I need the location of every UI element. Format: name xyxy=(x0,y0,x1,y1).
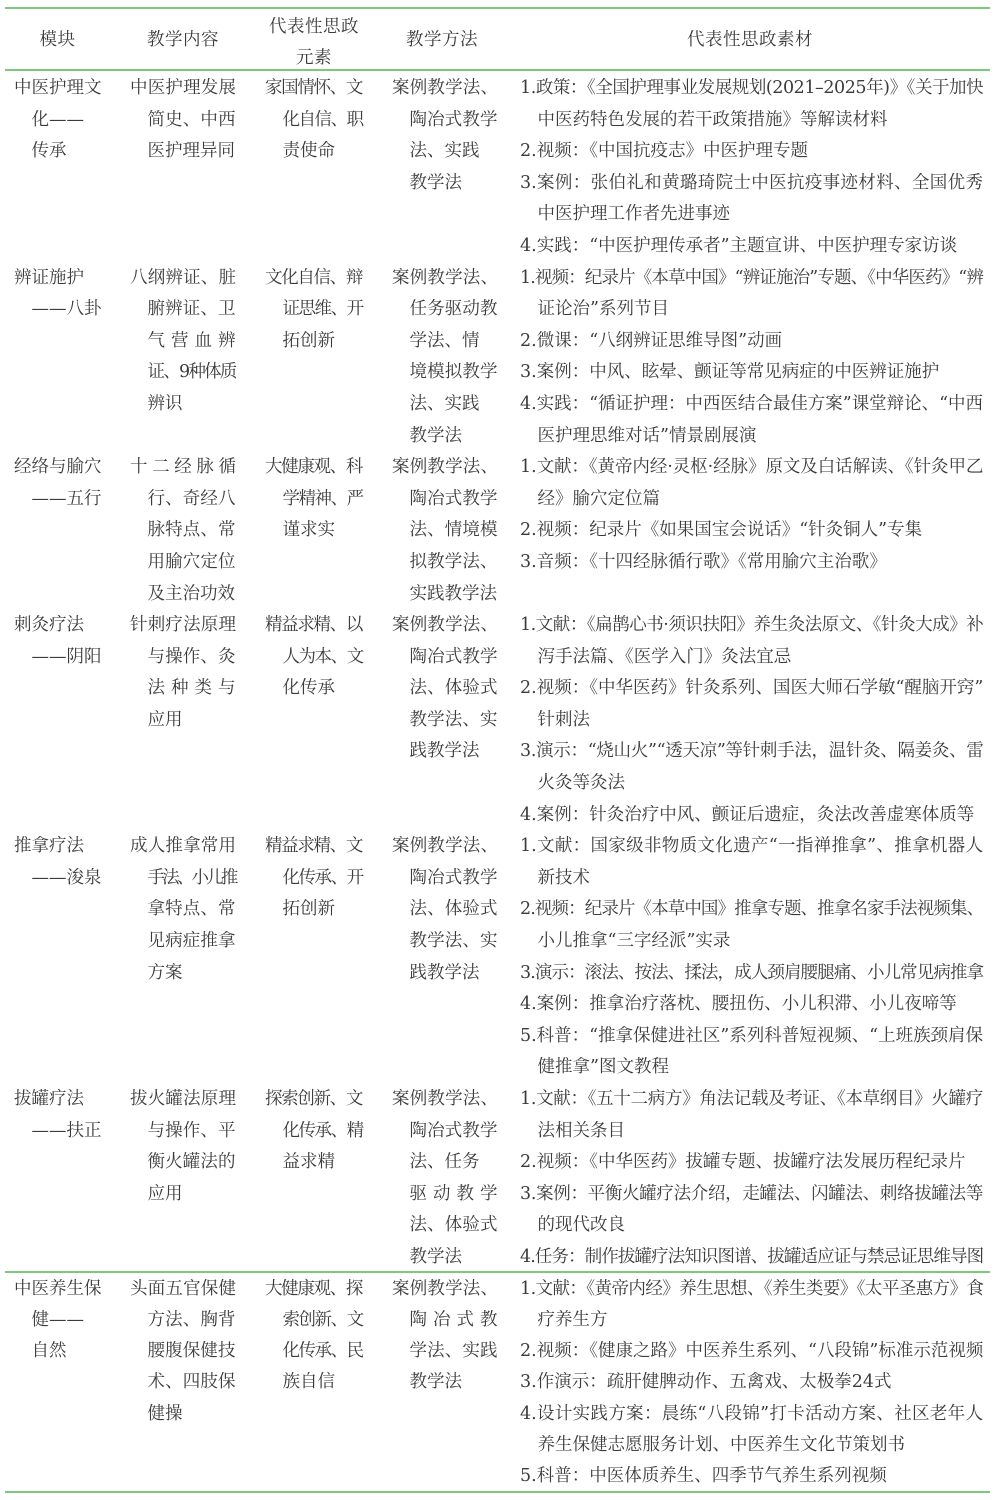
material-item: 1.文献：《黄帝内经·灵枢·经脉》原文及白话解读、《针灸甲乙 经》腧穴定位篇 xyxy=(520,452,990,515)
material-line: 中医药特色发展的若干政策措施》等解读材料 xyxy=(538,105,983,137)
materials-cell: 1.文献：《扁鹊心书·须识扶阳》养生灸法原文、《针灸大成》补 泻手法篇、《医学入… xyxy=(520,610,990,831)
methods-line: 案例教学法、 xyxy=(392,610,498,642)
content-cell: 头面五官保健 方法、胸背 腰腹保健技 术、四肢保 健操 xyxy=(130,1274,265,1492)
elements-line: 精益求精、文 xyxy=(265,831,362,863)
elements-line: 大健康观、探 xyxy=(265,1274,362,1305)
elements-line: 谨求实 xyxy=(283,515,363,547)
material-line: 3.案例：中风、眩晕、颤证等常见病症的中医辨证施护 xyxy=(520,357,983,389)
material-item: 1.文献：国家级非物质文化遗产“一指禅推拿”、推拿机器人 新技术 xyxy=(520,831,990,894)
content-line: 简史、中西 xyxy=(148,105,236,137)
material-line: 针刺法 xyxy=(538,705,983,737)
methods-line: 教学法、实 xyxy=(410,926,498,958)
module-line: 化—— xyxy=(32,105,102,137)
methods-cell: 案例教学法、 陶冶式教学 法、体验式 教学法、实 践教学法 xyxy=(392,831,520,1084)
content-line: 十二经脉循 xyxy=(130,452,236,484)
elements-line: 文化自信、辩 xyxy=(265,263,362,295)
header-methods-label: 教学方法 xyxy=(406,25,478,56)
elements-line: 家国情怀、文 xyxy=(265,73,362,105)
elements-line: 索创新、文 xyxy=(283,1305,363,1336)
elements-line: 证思维、开 xyxy=(283,294,363,326)
content-line: 成人推拿常用 xyxy=(130,831,236,863)
elements-cell: 大健康观、科 学精神、严 谨求实 xyxy=(265,452,392,610)
table-bottom-rule xyxy=(5,1491,990,1493)
module-cell: 中医护理文 化—— 传承 xyxy=(14,73,130,263)
material-item: 1.文献：《扁鹊心书·须识扶阳》养生灸法原文、《针灸大成》补 泻手法篇、《医学入… xyxy=(520,610,990,673)
content-line: 与操作、平 xyxy=(148,1116,236,1148)
material-item: 2.视频：纪录片《如果国宝会说话》“针灸铜人”专集 xyxy=(520,515,990,547)
content-line: 应用 xyxy=(148,705,236,737)
content-line: 腰腹保健技 xyxy=(148,1336,236,1367)
material-line: 中医护理工作者先进事迹 xyxy=(538,199,983,231)
material-line: 4.设计实践方案：晨练“八段锦”打卡活动方案、社区老年人 xyxy=(520,1399,983,1430)
material-item: 1.政策：《全国护理事业发展规划(2021–2025年)》《关于加快 中医药特色… xyxy=(520,73,990,136)
elements-line: 化传承 xyxy=(283,673,363,705)
methods-line: 学法、实践 xyxy=(410,1336,498,1367)
methods-line: 案例教学法、 xyxy=(392,452,498,484)
material-item: 4.案例：针灸治疗中风、颤证后遗症，灸法改善虚寒体质等 xyxy=(520,800,990,832)
methods-line: 法、体验式 xyxy=(410,894,498,926)
material-line: 3.作演示：疏肝健脾动作、五禽戏、太极拳24式 xyxy=(520,1367,983,1398)
methods-line: 案例教学法、 xyxy=(392,263,498,295)
material-line: 4.实践：“中医护理传承者”主题宣讲、中医护理专家访谈 xyxy=(520,231,983,263)
module-line: ——扶正 xyxy=(32,1116,102,1148)
content-line: 行、奇经八 xyxy=(148,484,236,516)
material-item: 4.任务：制作拔罐疗法知识图谱、拔罐适应证与禁忌证思维导图 xyxy=(520,1242,990,1274)
material-item: 3.案例：平衡火罐疗法介绍，走罐法、闪罐法、刺络拔罐法等 的现代改良 xyxy=(520,1179,990,1242)
materials-cell: 1.文献：《五十二病方》角法记载及考证、《本草纲目》火罐疗 法相关条目 2.视频… xyxy=(520,1084,990,1274)
methods-cell: 案例教学法、 陶冶式教 学法、实践 教学法 xyxy=(392,1274,520,1492)
materials-cell: 1.文献：《黄帝内经》养生思想、《养生类要》《太平圣惠方》食 疗养生方 2.视频… xyxy=(520,1274,990,1492)
methods-line: 案例教学法、 xyxy=(392,1084,498,1116)
table-row: 刺灸疗法 ——阴阳 针刺疗法原理 与操作、灸 法种类与 应用 精益求精、以 人为… xyxy=(0,610,1000,831)
content-line: 应用 xyxy=(148,1179,236,1211)
content-line: 头面五官保健 xyxy=(130,1274,236,1305)
content-line: 拿特点、常 xyxy=(148,894,236,926)
header-methods: 教学方法 xyxy=(390,9,494,71)
module-cell: 辨证施护 ——八卦 xyxy=(14,263,130,453)
material-line: 2.视频：纪录片《如果国宝会说话》“针灸铜人”专集 xyxy=(520,515,983,547)
content-cell: 针刺疗法原理 与操作、灸 法种类与 应用 xyxy=(130,610,265,831)
methods-line: 案例教学法、 xyxy=(392,1274,498,1305)
material-item: 3.音频：《十四经脉循行歌》《常用腧穴主治歌》 xyxy=(520,547,990,579)
material-item: 5.科普：“推拿保健进社区”系列科普短视频、“上班族颈肩保 健推拿”图文教程 xyxy=(520,1021,990,1084)
materials-cell: 1.文献：国家级非物质文化遗产“一指禅推拿”、推拿机器人 新技术 2.视频：纪录… xyxy=(520,831,990,1084)
methods-line: 陶冶式教学 xyxy=(410,863,498,895)
methods-line: 驱动教学 xyxy=(410,1179,498,1211)
methods-line: 案例教学法、 xyxy=(392,831,498,863)
elements-cell: 文化自信、辩 证思维、开 拓创新 xyxy=(265,263,392,453)
methods-line: 陶冶式教学 xyxy=(410,1116,498,1148)
module-line: 中医养生保 xyxy=(14,1274,102,1305)
module-line: 推拿疗法 xyxy=(14,831,102,863)
material-line: 2.视频：纪录片《本草中国》推拿专题、推拿名家手法视频集、 xyxy=(520,894,983,926)
material-line: 3.案例：张伯礼和黄璐琦院士中医抗疫事迹材料、全国优秀 xyxy=(520,168,983,200)
methods-line: 教学法 xyxy=(410,1367,498,1398)
table-row: 中医护理文 化—— 传承 中医护理发展 简史、中西 医护理异同 家国情怀、文 化… xyxy=(0,73,1000,263)
header-elements-line: 代表性思政 xyxy=(269,12,359,43)
material-line: 法相关条目 xyxy=(538,1116,983,1148)
methods-line: 教学法 xyxy=(410,421,498,453)
material-item: 3.案例：张伯礼和黄璐琦院士中医抗疫事迹材料、全国优秀 中医护理工作者先进事迹 xyxy=(520,168,990,231)
material-line: 4.案例：针灸治疗中风、颤证后遗症，灸法改善虚寒体质等 xyxy=(520,800,983,832)
methods-line: 陶冶式教学 xyxy=(410,642,498,674)
module-line: 健—— xyxy=(32,1305,102,1336)
header-module: 模块 xyxy=(5,9,110,71)
table-body: 中医护理文 化—— 传承 中医护理发展 简史、中西 医护理异同 家国情怀、文 化… xyxy=(0,73,1000,1274)
material-item: 2.微课：“八纲辨证思维导图”动画 xyxy=(520,326,990,358)
elements-line: 精益求精、以 xyxy=(265,610,362,642)
elements-line: 探索创新、文 xyxy=(265,1084,362,1116)
elements-cell: 探索创新、文 化传承、精 益求精 xyxy=(265,1084,392,1274)
material-line: 证论治”系列节目 xyxy=(538,294,983,326)
methods-line: 法、实践 xyxy=(410,389,498,421)
material-line: 4.实践：“循证护理：中西医结合最佳方案”课堂辩论、“中西 xyxy=(520,389,983,421)
content-line: 术、四肢保 xyxy=(148,1367,236,1398)
material-line: 3.演示：“烧山火”“透天凉”等针刺手法，温针灸、隔姜灸、雷 xyxy=(520,736,983,768)
methods-line: 实践教学法 xyxy=(410,579,498,611)
content-line: 脉特点、常 xyxy=(148,515,236,547)
material-line: 1.文献：《黄帝内经·灵枢·经脉》原文及白话解读、《针灸甲乙 xyxy=(520,452,983,484)
module-line: 经络与腧穴 xyxy=(14,452,102,484)
content-line: 中医护理发展 xyxy=(130,73,236,105)
header-content: 教学内容 xyxy=(130,9,236,71)
material-line: 2.视频：《中华医药》针灸系列、国医大师石学敏“醒脑开窍” xyxy=(520,673,983,705)
material-line: 泻手法篇、《医学入门》灸法宜忌 xyxy=(538,642,983,674)
material-line: 4.案例：推拿治疗落枕、腰扭伤、小儿积滞、小儿夜啼等 xyxy=(520,989,983,1021)
material-line: 经》腧穴定位篇 xyxy=(538,484,983,516)
material-item: 4.设计实践方案：晨练“八段锦”打卡活动方案、社区老年人 养生保健志愿服务计划、… xyxy=(520,1399,990,1461)
content-line: 医护理异同 xyxy=(148,136,236,168)
material-line: 疗养生方 xyxy=(538,1305,983,1336)
elements-line: 化传承、开 xyxy=(283,863,363,895)
materials-cell: 1.文献：《黄帝内经·灵枢·经脉》原文及白话解读、《针灸甲乙 经》腧穴定位篇 2… xyxy=(520,452,990,610)
methods-cell: 案例教学法、 陶冶式教学 法、实践 教学法 xyxy=(392,73,520,263)
section-divider-rule xyxy=(5,1271,990,1273)
elements-line: 拓创新 xyxy=(283,894,363,926)
material-line: 1.政策：《全国护理事业发展规划(2021–2025年)》《关于加快 xyxy=(520,73,983,105)
content-line: 法种类与 xyxy=(148,673,236,705)
material-item: 2.视频：《中国抗疫志》中医护理专题 xyxy=(520,136,990,168)
header-content-label: 教学内容 xyxy=(147,25,219,56)
content-cell: 成人推拿常用 手法、小儿推 拿特点、常 见病症推拿 方案 xyxy=(130,831,265,1084)
content-line: 与操作、灸 xyxy=(148,642,236,674)
content-line: 辨识 xyxy=(148,389,236,421)
header-materials-label: 代表性思政素材 xyxy=(687,25,813,56)
material-item: 1.文献：《黄帝内经》养生思想、《养生类要》《太平圣惠方》食 疗养生方 xyxy=(520,1274,990,1336)
material-line: 3.音频：《十四经脉循行歌》《常用腧穴主治歌》 xyxy=(520,547,983,579)
methods-line: 教学法 xyxy=(410,168,498,200)
methods-cell: 案例教学法、 陶冶式教学 法、任务 驱动教学 法、体验式 教学法 xyxy=(392,1084,520,1274)
material-line: 3.演示：滚法、按法、揉法，成人颈肩腰腿痛、小儿常见病推拿 xyxy=(520,958,983,990)
content-line: 手法、小儿推 xyxy=(148,863,236,895)
methods-line: 陶冶式教 xyxy=(410,1305,498,1336)
material-line: 新技术 xyxy=(538,863,983,895)
module-line: 辨证施护 xyxy=(14,263,102,295)
module-line: 传承 xyxy=(32,136,102,168)
elements-line: 拓创新 xyxy=(283,326,363,358)
material-line: 2.视频：《健康之路》中医养生系列、“八段锦”标准示范视频 xyxy=(520,1336,983,1367)
material-item: 1.视频：纪录片《本草中国》“辨证施治”专题、《中华医药》“辨 证论治”系列节目 xyxy=(520,263,990,326)
elements-line: 化传承、民 xyxy=(283,1336,363,1367)
header-module-label: 模块 xyxy=(40,25,76,56)
module-line: 自然 xyxy=(32,1336,102,1367)
module-cell: 推拿疗法 ——浚泉 xyxy=(14,831,130,1084)
methods-line: 法、情境模 xyxy=(410,515,498,547)
material-line: 养生保健志愿服务计划、中医养生文化节策划书 xyxy=(538,1430,983,1461)
header-elements: 代表性思政 元素 xyxy=(255,9,373,71)
table-row: 中医养生保 健—— 自然 头面五官保健 方法、胸背 腰腹保健技 术、四肢保 健操… xyxy=(0,1274,1000,1492)
material-line: 小儿推拿“三字经派”实录 xyxy=(538,926,983,958)
material-line: 2.视频：《中国抗疫志》中医护理专题 xyxy=(520,136,983,168)
material-item: 2.视频：纪录片《本草中国》推拿专题、推拿名家手法视频集、 小儿推拿“三字经派”… xyxy=(520,894,990,957)
elements-cell: 家国情怀、文 化自信、职 责使命 xyxy=(265,73,392,263)
content-line: 用腧穴定位 xyxy=(148,547,236,579)
material-line: 1.文献：国家级非物质文化遗产“一指禅推拿”、推拿机器人 xyxy=(520,831,983,863)
material-item: 3.案例：中风、眩晕、颤证等常见病症的中医辨证施护 xyxy=(520,357,990,389)
methods-cell: 案例教学法、 陶冶式教学 法、情境模 拟教学法、 实践教学法 xyxy=(392,452,520,610)
methods-line: 践教学法 xyxy=(410,736,498,768)
content-line: 八纲辨证、脏 xyxy=(130,263,236,295)
methods-line: 法、任务 xyxy=(410,1147,498,1179)
methods-line: 境模拟教学 xyxy=(410,357,498,389)
material-item: 4.实践：“循证护理：中西医结合最佳方案”课堂辩论、“中西 医护理思维对话”情景… xyxy=(520,389,990,452)
material-line: 4.任务：制作拔罐疗法知识图谱、拔罐适应证与禁忌证思维导图 xyxy=(520,1242,983,1274)
methods-line: 教学法、实 xyxy=(410,705,498,737)
content-line: 证、9种体质 xyxy=(148,357,236,389)
module-cell: 刺灸疗法 ——阴阳 xyxy=(14,610,130,831)
content-cell: 中医护理发展 简史、中西 医护理异同 xyxy=(130,73,265,263)
content-cell: 八纲辨证、脏 腑辨证、卫 气营血辨 证、9种体质 辨识 xyxy=(130,263,265,453)
methods-line: 任务驱动教 xyxy=(410,294,498,326)
elements-line: 化自信、职 xyxy=(283,105,363,137)
methods-cell: 案例教学法、 任务驱动教 学法、情 境模拟教学 法、实践 教学法 xyxy=(392,263,520,453)
content-line: 及主治功效 xyxy=(148,579,236,611)
materials-cell: 1.视频：纪录片《本草中国》“辨证施治”专题、《中华医药》“辨 证论治”系列节目… xyxy=(520,263,990,453)
material-line: 1.视频：纪录片《本草中国》“辨证施治”专题、《中华医药》“辨 xyxy=(520,263,983,295)
module-line: 拔罐疗法 xyxy=(14,1084,102,1116)
material-line: 1.文献：《五十二病方》角法记载及考证、《本草纲目》火罐疗 xyxy=(520,1084,983,1116)
module-line: ——八卦 xyxy=(32,294,102,326)
material-item: 2.视频：《中华医药》针灸系列、国医大师石学敏“醒脑开窍” 针刺法 xyxy=(520,673,990,736)
elements-line: 益求精 xyxy=(283,1147,363,1179)
material-line: 5.科普：“推拿保健进社区”系列科普短视频、“上班族颈肩保 xyxy=(520,1021,983,1053)
elements-line: 化传承、精 xyxy=(283,1116,363,1148)
elements-cell: 精益求精、文 化传承、开 拓创新 xyxy=(265,831,392,1084)
material-item: 2.视频：《中华医药》拔罐专题、拔罐疗法发展历程纪录片 xyxy=(520,1147,990,1179)
table-row: 推拿疗法 ——浚泉 成人推拿常用 手法、小儿推 拿特点、常 见病症推拿 方案 精… xyxy=(0,831,1000,1084)
materials-cell: 1.政策：《全国护理事业发展规划(2021–2025年)》《关于加快 中医药特色… xyxy=(520,73,990,263)
material-item: 5.科普：中医体质养生、四季节气养生系列视频 xyxy=(520,1461,990,1492)
material-line: 3.案例：平衡火罐疗法介绍，走罐法、闪罐法、刺络拔罐法等 xyxy=(520,1179,983,1211)
header-materials: 代表性思政素材 xyxy=(510,9,990,71)
elements-line: 人为本、文 xyxy=(283,642,363,674)
material-line: 2.微课：“八纲辨证思维导图”动画 xyxy=(520,326,983,358)
content-line: 针刺疗法原理 xyxy=(130,610,236,642)
material-line: 火灸等灸法 xyxy=(538,768,983,800)
methods-line: 学法、情 xyxy=(410,326,498,358)
material-item: 4.案例：推拿治疗落枕、腰扭伤、小儿积滞、小儿夜啼等 xyxy=(520,989,990,1021)
elements-cell: 精益求精、以 人为本、文 化传承 xyxy=(265,610,392,831)
material-line: 2.视频：《中华医药》拔罐专题、拔罐疗法发展历程纪录片 xyxy=(520,1147,983,1179)
content-cell: 拔火罐法原理 与操作、平 衡火罐法的 应用 xyxy=(130,1084,265,1274)
module-cell: 拔罐疗法 ——扶正 xyxy=(14,1084,130,1274)
module-cell: 中医养生保 健—— 自然 xyxy=(14,1274,130,1492)
methods-line: 案例教学法、 xyxy=(392,73,498,105)
table-row: 拔罐疗法 ——扶正 拔火罐法原理 与操作、平 衡火罐法的 应用 探索创新、文 化… xyxy=(0,1084,1000,1274)
material-item: 3.演示：滚法、按法、揉法，成人颈肩腰腿痛、小儿常见病推拿 xyxy=(520,958,990,990)
material-line: 1.文献：《黄帝内经》养生思想、《养生类要》《太平圣惠方》食 xyxy=(520,1274,983,1305)
module-line: ——五行 xyxy=(32,484,102,516)
material-line: 健推拿”图文教程 xyxy=(538,1052,983,1084)
header-bottom-rule xyxy=(5,69,990,71)
methods-cell: 案例教学法、 陶冶式教学 法、体验式 教学法、实 践教学法 xyxy=(392,610,520,831)
methods-line: 法、体验式 xyxy=(410,673,498,705)
module-line: ——浚泉 xyxy=(32,863,102,895)
material-item: 3.演示：“烧山火”“透天凉”等针刺手法，温针灸、隔姜灸、雷 火灸等灸法 xyxy=(520,736,990,799)
material-line: 医护理思维对话”情景剧展演 xyxy=(538,421,983,453)
table-row: 经络与腧穴 ——五行 十二经脉循 行、奇经八 脉特点、常 用腧穴定位 及主治功效… xyxy=(0,452,1000,610)
table-row: 辨证施护 ——八卦 八纲辨证、脏 腑辨证、卫 气营血辨 证、9种体质 辨识 文化… xyxy=(0,263,1000,453)
elements-line: 学精神、严 xyxy=(283,484,363,516)
content-line: 方案 xyxy=(148,958,236,990)
content-cell: 十二经脉循 行、奇经八 脉特点、常 用腧穴定位 及主治功效 xyxy=(130,452,265,610)
material-line: 的现代改良 xyxy=(538,1210,983,1242)
elements-cell: 大健康观、探 索创新、文 化传承、民 族自信 xyxy=(265,1274,392,1492)
elements-line: 族自信 xyxy=(283,1367,363,1398)
content-line: 腑辨证、卫 xyxy=(148,294,236,326)
content-line: 拔火罐法原理 xyxy=(130,1084,236,1116)
material-line: 1.文献：《扁鹊心书·须识扶阳》养生灸法原文、《针灸大成》补 xyxy=(520,610,983,642)
module-cell: 经络与腧穴 ——五行 xyxy=(14,452,130,610)
material-item: 4.实践：“中医护理传承者”主题宣讲、中医护理专家访谈 xyxy=(520,231,990,263)
methods-line: 陶冶式教学 xyxy=(410,484,498,516)
elements-line: 责使命 xyxy=(283,136,363,168)
methods-line: 拟教学法、 xyxy=(410,547,498,579)
methods-line: 法、实践 xyxy=(410,136,498,168)
material-item: 2.视频：《健康之路》中医养生系列、“八段锦”标准示范视频 xyxy=(520,1336,990,1367)
methods-line: 法、体验式 xyxy=(410,1210,498,1242)
table-body-section-2: 中医养生保 健—— 自然 头面五官保健 方法、胸背 腰腹保健技 术、四肢保 健操… xyxy=(0,1274,1000,1492)
methods-line: 陶冶式教学 xyxy=(410,105,498,137)
module-line: 中医护理文 xyxy=(14,73,102,105)
elements-line: 大健康观、科 xyxy=(265,452,362,484)
methods-line: 践教学法 xyxy=(410,958,498,990)
material-item: 1.文献：《五十二病方》角法记载及考证、《本草纲目》火罐疗 法相关条目 xyxy=(520,1084,990,1147)
content-line: 健操 xyxy=(148,1399,236,1430)
module-line: 刺灸疗法 xyxy=(14,610,102,642)
content-line: 气营血辨 xyxy=(148,326,236,358)
content-line: 见病症推拿 xyxy=(148,926,236,958)
methods-line: 教学法 xyxy=(410,1242,498,1274)
content-line: 方法、胸背 xyxy=(148,1305,236,1336)
material-line: 5.科普：中医体质养生、四季节气养生系列视频 xyxy=(520,1461,983,1492)
module-line: ——阴阳 xyxy=(32,642,102,674)
material-item: 3.作演示：疏肝健脾动作、五禽戏、太极拳24式 xyxy=(520,1367,990,1398)
content-line: 衡火罐法的 xyxy=(148,1147,236,1179)
